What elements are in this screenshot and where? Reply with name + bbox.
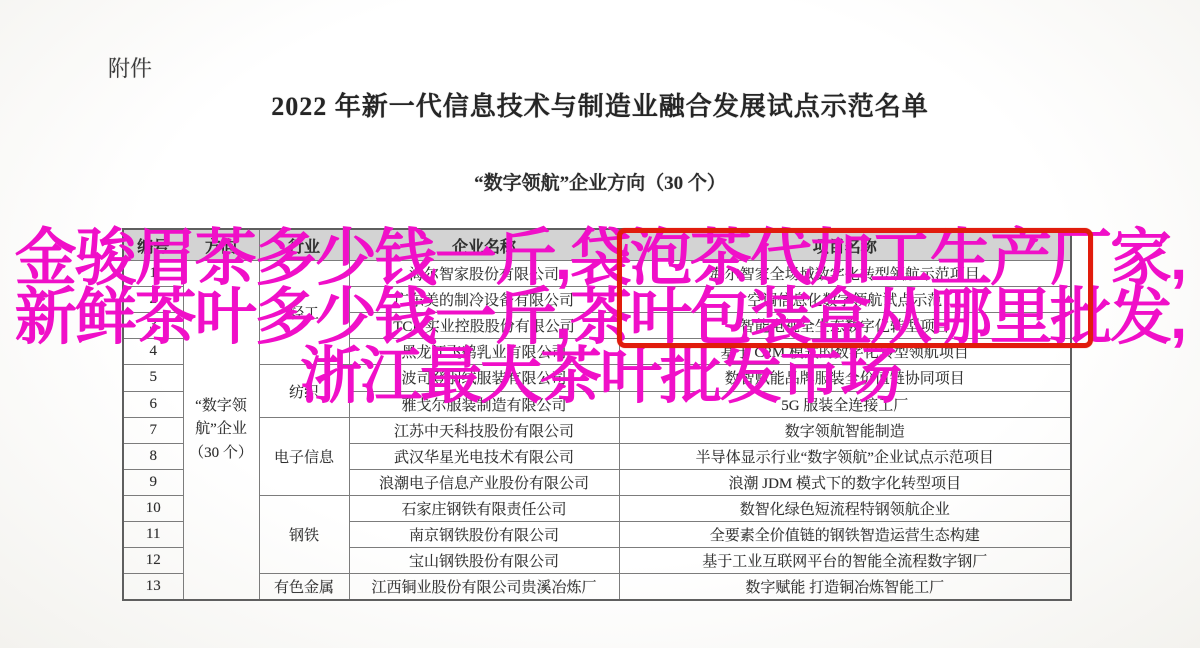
table-header-row: 编号 方向 行业 企业名称 项目名称 [123,229,1071,261]
cell-project: 基于 C2M 模式的数字化转型领航项目 [619,339,1071,365]
table-row: 1 “数字领 航”企业 （30 个） 轻工 海尔智家股份有限公司 海尔智家全场域… [123,261,1071,287]
cell-number: 12 [123,548,183,574]
cell-company: 波司登羽绒服装有限公司 [349,365,619,391]
cell-project: 基于工业互联网平台的智能全流程数字钢厂 [619,548,1071,574]
attachment-label: 附件 [108,52,152,83]
page-title: 2022 年新一代信息技术与制造业融合发展试点示范名单 [0,86,1200,123]
cell-number: 4 [123,339,183,365]
cell-number: 3 [123,313,183,339]
cell-number: 9 [123,469,183,495]
cell-industry-light-industry: 轻工 [259,261,349,365]
table-row: 13 有色金属 江西铜业股份有限公司贵溪冶炼厂 数字赋能 打造铜冶炼智能工厂 [123,574,1071,600]
cell-industry-nonferrous: 有色金属 [259,574,349,600]
cell-number: 7 [123,417,183,443]
cell-company: 南京钢铁股份有限公司 [349,522,619,548]
cell-project: 浪潮 JDM 模式下的数字化转型项目 [619,469,1071,495]
cell-company: 浪潮电子信息产业股份有限公司 [349,469,619,495]
cell-number: 5 [123,365,183,391]
cell-project: 数智赋能品牌服装全价值链协同项目 [619,365,1071,391]
cell-number: 13 [123,574,183,600]
cell-company: 宝山钢铁股份有限公司 [349,548,619,574]
cell-company: 海尔智家股份有限公司 [349,261,619,287]
cell-company: 石家庄钢铁有限责任公司 [349,495,619,521]
col-header-industry: 行业 [259,229,349,261]
table-row: 7 电子信息 江苏中天科技股份有限公司 数字领航智能制造 [123,417,1071,443]
cell-number: 10 [123,495,183,521]
cell-industry-textile: 纺织 [259,365,349,417]
cell-industry-electronics: 电子信息 [259,417,349,495]
col-header-number: 编号 [123,229,183,261]
cell-company: 武汉华星光电技术有限公司 [349,443,619,469]
cell-company: 广东美的制冷设备有限公司 [349,287,619,313]
cell-project: 全要素全价值链的钢铁智造运营生态构建 [619,522,1071,548]
col-header-company: 企业名称 [349,229,619,261]
cell-company: 雅戈尔服装制造有限公司 [349,391,619,417]
table-row: 10 钢铁 石家庄钢铁有限责任公司 数智化绿色短流程特钢领航企业 [123,495,1071,521]
table-row: 5 纺织 波司登羽绒服装有限公司 数智赋能品牌服装全价值链协同项目 [123,365,1071,391]
cell-company: TCL 实业控股股份有限公司 [349,313,619,339]
cell-number: 2 [123,287,183,313]
cell-project: 数智化绿色短流程特钢领航企业 [619,495,1071,521]
cell-project: 5G 服装全连接工厂 [619,391,1071,417]
cell-industry-steel: 钢铁 [259,495,349,573]
pilot-demonstration-table: 编号 方向 行业 企业名称 项目名称 1 “数字领 航”企业 （30 个） 轻工… [122,228,1072,601]
cell-project: 空调信息化数字领航试点示范 [619,287,1071,313]
cell-company: 黑龙江飞鹤乳业有限公司 [349,339,619,365]
cell-number: 11 [123,522,183,548]
page-subtitle: “数字领航”企业方向（30 个） [0,168,1200,195]
col-header-project: 项目名称 [619,229,1071,261]
cell-project: 智能电视全生态数字化转型项目 [619,313,1071,339]
cell-company: 江西铜业股份有限公司贵溪冶炼厂 [349,574,619,600]
cell-direction: “数字领 航”企业 （30 个） [183,261,259,601]
cell-number: 1 [123,261,183,287]
scanned-document-page: 附件 2022 年新一代信息技术与制造业融合发展试点示范名单 “数字领航”企业方… [0,0,1200,648]
cell-project: 半导体显示行业“数字领航”企业试点示范项目 [619,443,1071,469]
cell-company: 江苏中天科技股份有限公司 [349,417,619,443]
cell-number: 6 [123,391,183,417]
cell-project: 数字赋能 打造铜冶炼智能工厂 [619,574,1071,600]
cell-project: 海尔智家全场域数字化转型领航示范项目 [619,261,1071,287]
cell-project: 数字领航智能制造 [619,417,1071,443]
col-header-direction: 方向 [183,229,259,261]
cell-number: 8 [123,443,183,469]
